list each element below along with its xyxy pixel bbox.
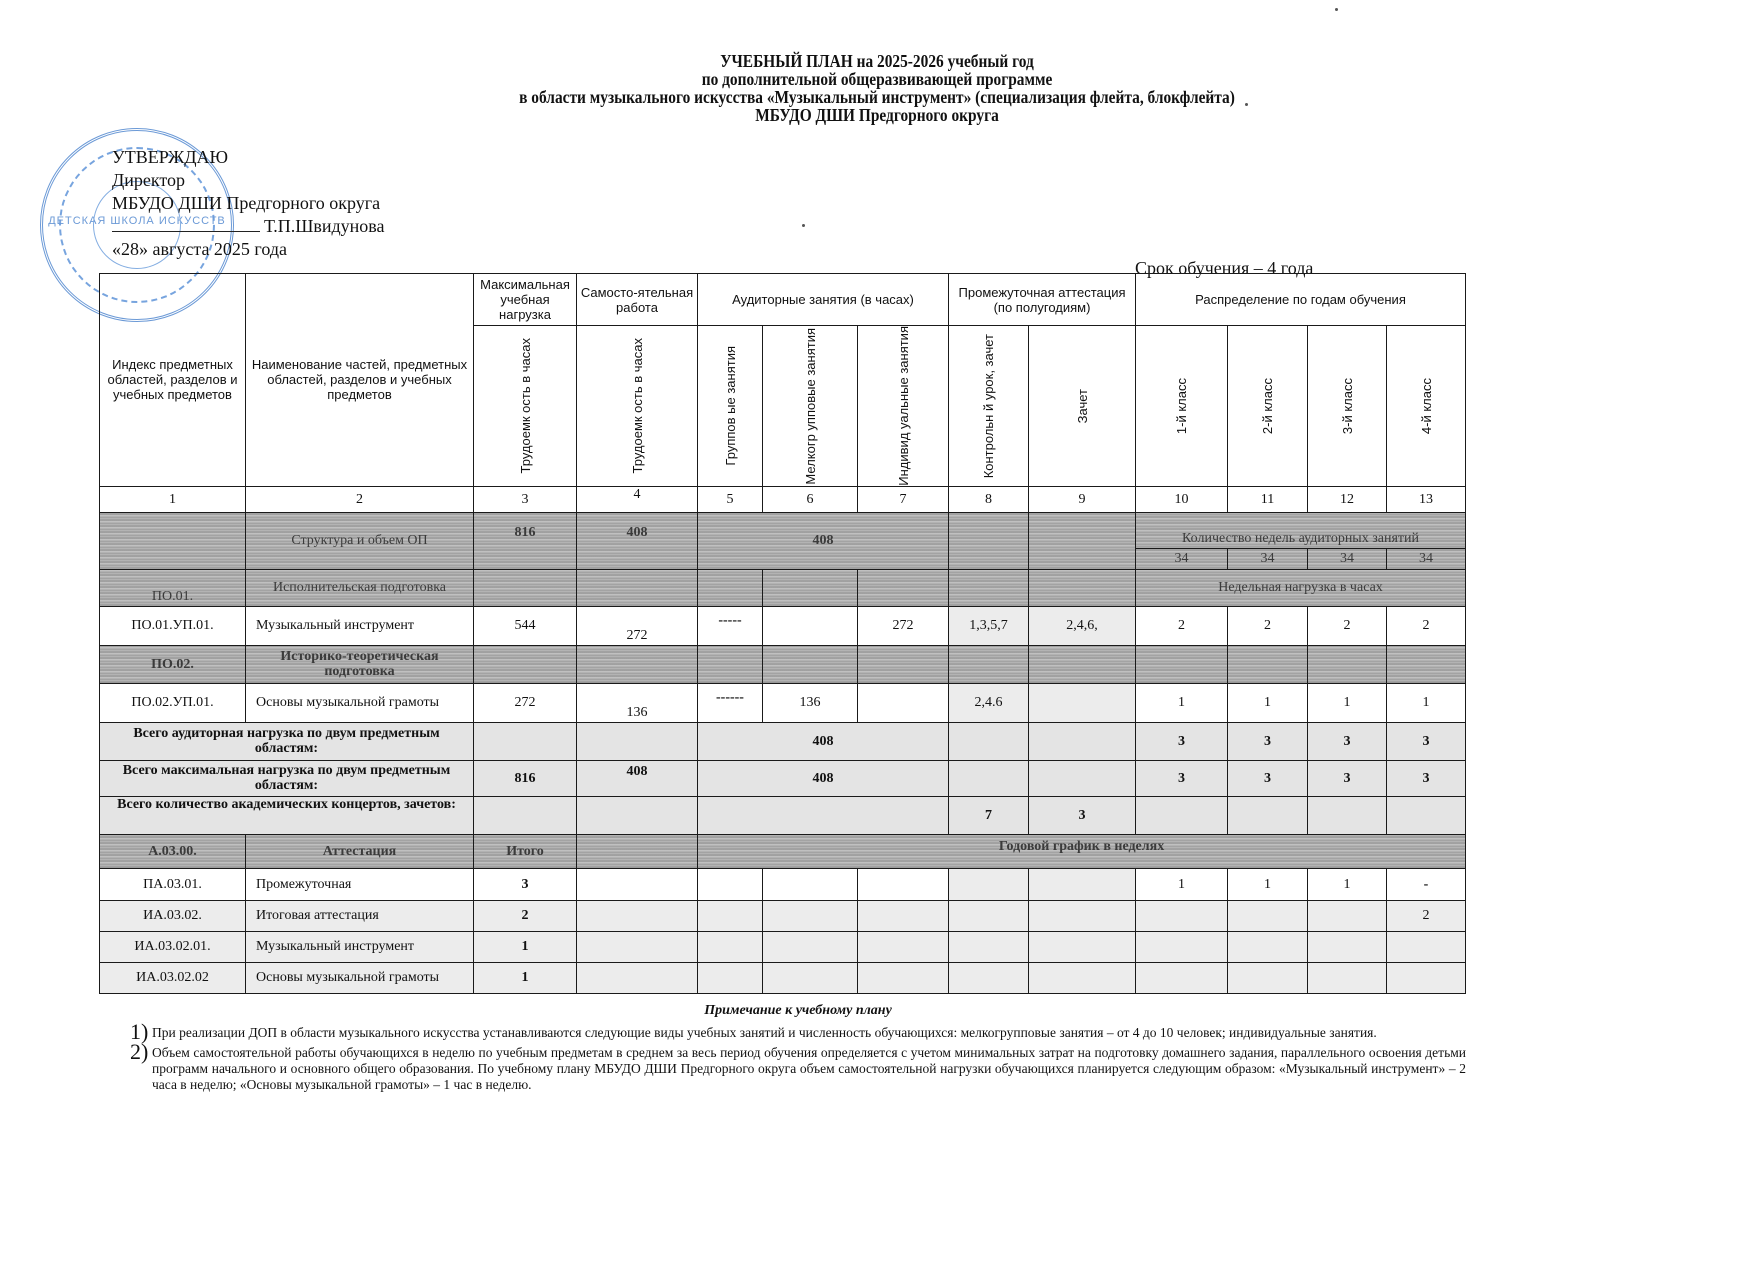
approval-signature-line: Т.П.Швидунова xyxy=(112,215,385,238)
attestation-year-4: - xyxy=(1387,868,1466,900)
header-small-group: Мелкогр упповые занятия xyxy=(763,326,858,487)
col-num: 5 xyxy=(698,486,763,512)
subject-self: 272 xyxy=(577,606,698,645)
structure-name: Структура и объем ОП xyxy=(246,512,474,569)
total-classroom-label: Всего аудиторная нагрузка по двум предме… xyxy=(100,722,474,760)
col-num: 10 xyxy=(1136,486,1228,512)
section-name: Исполнительская подготовка xyxy=(246,569,474,606)
total-concerts-label: Всего количество академических концертов… xyxy=(100,796,474,834)
weeks-class-4: 34 xyxy=(1387,548,1466,569)
section-index: ПО.02. xyxy=(100,645,246,683)
document-title: УЧЕБНЫЙ ПЛАН на 2025-2026 учебный год по… xyxy=(105,52,1649,124)
col-num: 7 xyxy=(858,486,949,512)
header-individual: Индивид уальные занятия xyxy=(858,326,949,487)
structure-control xyxy=(949,512,1029,569)
subject-individual: 272 xyxy=(858,606,949,645)
total-classroom-hours: 408 xyxy=(698,722,949,760)
attestation-row: ПА.03.01. Промежуточная 3 1 1 1 - xyxy=(100,868,1466,900)
weeks-label: Количество недель аудиторных занятий xyxy=(1136,512,1466,548)
total-concerts-credit: 3 xyxy=(1029,796,1136,834)
col-num: 9 xyxy=(1029,486,1136,512)
attestation-year-4: 2 xyxy=(1387,900,1466,931)
notes-title: Примечание к учебному плану xyxy=(130,1003,1466,1019)
attestation-name: Аттестация xyxy=(246,834,474,868)
attestation-row-name: Итоговая аттестация xyxy=(246,900,474,931)
subject-year-1: 2 xyxy=(1136,606,1228,645)
subject-year-4: 2 xyxy=(1387,606,1466,645)
title-line-4: МБУДО ДШИ Предгорного округа xyxy=(105,106,1649,124)
subject-group: ----- xyxy=(698,606,763,645)
subject-year-3: 2 xyxy=(1308,606,1387,645)
total-concerts-control: 7 xyxy=(949,796,1029,834)
approval-heading: УТВЕРЖДАЮ xyxy=(112,146,385,169)
col-num: 8 xyxy=(949,486,1029,512)
total-max-year-3: 3 xyxy=(1308,760,1387,796)
header-credit: Зачет xyxy=(1029,326,1136,487)
col-num: 2 xyxy=(246,486,474,512)
attestation-year-2 xyxy=(1228,931,1308,962)
total-classroom-row: Всего аудиторная нагрузка по двум предме… xyxy=(100,722,1466,760)
structure-max: 816 xyxy=(474,512,577,569)
scan-speck xyxy=(802,224,805,227)
col-num: 4 xyxy=(577,486,698,512)
header-max-load: Максимальная учебная нагрузка xyxy=(474,274,577,326)
col-num: 11 xyxy=(1228,486,1308,512)
subject-max: 544 xyxy=(474,606,577,645)
header-interim: Промежуточная аттестация (по полугодиям) xyxy=(949,274,1136,326)
header-self-work: Самосто-ятельная работа xyxy=(577,274,698,326)
subject-year-2: 2 xyxy=(1228,606,1308,645)
attestation-year-2 xyxy=(1228,962,1308,993)
attestation-header-row: А.03.00. Аттестация Итого Годовой график… xyxy=(100,834,1466,868)
attestation-row-total: 1 xyxy=(474,962,577,993)
attestation-year-3 xyxy=(1308,931,1387,962)
subject-control: 2,4.6 xyxy=(949,683,1029,722)
header-class-4: 4-й класс xyxy=(1387,326,1466,487)
total-max-label: Всего максимальная нагрузка по двум пред… xyxy=(100,760,474,796)
section-name: Историко-теоретическая подготовка xyxy=(246,645,474,683)
scan-speck xyxy=(1245,103,1248,106)
subject-group: ------ xyxy=(698,683,763,722)
col-num: 1 xyxy=(100,486,246,512)
subject-year-1: 1 xyxy=(1136,683,1228,722)
header-group: Группов ые занятия xyxy=(698,326,763,487)
attestation-year-2 xyxy=(1228,900,1308,931)
subject-index: ПО.01.УП.01. xyxy=(100,606,246,645)
annual-schedule-label: Годовой график в неделях xyxy=(698,834,1466,868)
col-num: 13 xyxy=(1387,486,1466,512)
total-max-year-2: 3 xyxy=(1228,760,1308,796)
section-row-1: ПО.01. Исполнительская подготовка Недель… xyxy=(100,569,1466,606)
note-item: 2) Объем самостоятельной работы обучающи… xyxy=(130,1045,1466,1093)
col-num: 6 xyxy=(763,486,858,512)
header-hours-self: Трудоемк ость в часах xyxy=(577,326,698,487)
structure-classroom: 408 xyxy=(698,512,949,569)
attestation-row-name: Музыкальный инструмент xyxy=(246,931,474,962)
attestation-year-1: 1 xyxy=(1136,868,1228,900)
total-classroom-year-1: 3 xyxy=(1136,722,1228,760)
attestation-row: ИА.03.02.01. Музыкальный инструмент 1 xyxy=(100,931,1466,962)
attestation-row-index: ИА.03.02.02 xyxy=(100,962,246,993)
structure-self: 408 xyxy=(577,512,698,569)
approval-date: «28» августа 2025 года xyxy=(112,238,385,261)
attestation-year-1 xyxy=(1136,931,1228,962)
attestation-row-index: ПА.03.01. xyxy=(100,868,246,900)
total-max-year-4: 3 xyxy=(1387,760,1466,796)
subject-name: Основы музыкальной грамоты xyxy=(246,683,474,722)
attestation-year-1 xyxy=(1136,962,1228,993)
weeks-class-3: 34 xyxy=(1308,548,1387,569)
subject-row: ПО.01.УП.01. Музыкальный инструмент 544 … xyxy=(100,606,1466,645)
column-numbers-row: 1 2 3 4 5 6 7 8 9 10 11 12 13 xyxy=(100,486,1466,512)
subject-year-3: 1 xyxy=(1308,683,1387,722)
total-classroom-year-2: 3 xyxy=(1228,722,1308,760)
title-line-1: УЧЕБНЫЙ ПЛАН на 2025-2026 учебный год xyxy=(105,52,1649,70)
attestation-year-3 xyxy=(1308,900,1387,931)
total-max-hours: 816 xyxy=(474,760,577,796)
total-max-row: Всего максимальная нагрузка по двум пред… xyxy=(100,760,1466,796)
subject-control: 1,3,5,7 xyxy=(949,606,1029,645)
header-control: Контрольн й урок, зачет xyxy=(949,326,1029,487)
weeks-class-2: 34 xyxy=(1228,548,1308,569)
title-line-2: по дополнительной общеразвивающей програ… xyxy=(105,70,1649,88)
total-classroom-year-4: 3 xyxy=(1387,722,1466,760)
header-classroom: Аудиторные занятия (в часах) xyxy=(698,274,949,326)
structure-row: Структура и объем ОП 816 408 408 Количес… xyxy=(100,512,1466,548)
approval-position: Директор xyxy=(112,169,385,192)
subject-credit: 2,4,6, xyxy=(1029,606,1136,645)
attestation-year-4 xyxy=(1387,962,1466,993)
attestation-year-1 xyxy=(1136,900,1228,931)
attestation-row-total: 3 xyxy=(474,868,577,900)
col-num: 3 xyxy=(474,486,577,512)
curriculum-table: Индекс предметных областей, разделов и у… xyxy=(99,273,1466,994)
attestation-row-index: ИА.03.02. xyxy=(100,900,246,931)
note-text: При реализации ДОП в области музыкальног… xyxy=(152,1025,1377,1040)
weeks-class-1: 34 xyxy=(1136,548,1228,569)
col-num: 12 xyxy=(1308,486,1387,512)
attestation-index: А.03.00. xyxy=(100,834,246,868)
signature-line xyxy=(112,217,260,232)
subject-individual xyxy=(858,683,949,722)
subject-self: 136 xyxy=(577,683,698,722)
header-index: Индекс предметных областей, разделов и у… xyxy=(100,274,246,487)
approval-block: УТВЕРЖДАЮ Директор МБУДО ДШИ Предгорного… xyxy=(112,146,385,261)
subject-index: ПО.02.УП.01. xyxy=(100,683,246,722)
structure-credit xyxy=(1029,512,1136,569)
section-index: ПО.01. xyxy=(100,569,246,606)
header-class-1: 1-й класс xyxy=(1136,326,1228,487)
attestation-year-4 xyxy=(1387,931,1466,962)
total-max-year-1: 3 xyxy=(1136,760,1228,796)
attestation-row-name: Промежуточная xyxy=(246,868,474,900)
note-text: Объем самостоятельной работы обучающихся… xyxy=(152,1045,1466,1092)
signatory-name: Т.П.Швидунова xyxy=(264,216,385,236)
header-row-1: Индекс предметных областей, разделов и у… xyxy=(100,274,1466,326)
header-hours-max: Трудоемк ость в часах xyxy=(474,326,577,487)
structure-index xyxy=(100,512,246,569)
total-self-hours: 408 xyxy=(577,760,698,796)
header-class-3: 3-й класс xyxy=(1308,326,1387,487)
attestation-year-2: 1 xyxy=(1228,868,1308,900)
scan-speck xyxy=(1335,8,1338,11)
total-concerts-row: Всего количество академических концертов… xyxy=(100,796,1466,834)
attestation-row-index: ИА.03.02.01. xyxy=(100,931,246,962)
attestation-row-total: 2 xyxy=(474,900,577,931)
header-class-2: 2-й класс xyxy=(1228,326,1308,487)
subject-name: Музыкальный инструмент xyxy=(246,606,474,645)
section-row-2: ПО.02. Историко-теоретическая подготовка xyxy=(100,645,1466,683)
attestation-year-3 xyxy=(1308,962,1387,993)
header-name: Наименование частей, предметных областей… xyxy=(246,274,474,487)
note-number: 2) xyxy=(130,1041,148,1063)
attestation-row: ИА.03.02. Итоговая аттестация 2 2 xyxy=(100,900,1466,931)
subject-row: ПО.02.УП.01. Основы музыкальной грамоты … xyxy=(100,683,1466,722)
attestation-year-3: 1 xyxy=(1308,868,1387,900)
subject-credit xyxy=(1029,683,1136,722)
attestation-row-total: 1 xyxy=(474,931,577,962)
subject-small-group xyxy=(763,606,858,645)
subject-year-2: 1 xyxy=(1228,683,1308,722)
note-item: 1) При реализации ДОП в области музыкаль… xyxy=(130,1025,1466,1041)
subject-small-group: 136 xyxy=(763,683,858,722)
attestation-row-name: Основы музыкальной грамоты xyxy=(246,962,474,993)
subject-max: 272 xyxy=(474,683,577,722)
title-line-3: в области музыкального искусства «Музыка… xyxy=(105,88,1649,106)
total-classroom-year-3: 3 xyxy=(1308,722,1387,760)
weekly-load-label: Недельная нагрузка в часах xyxy=(1136,569,1466,606)
attestation-total: Итого xyxy=(474,834,577,868)
approval-organization: МБУДО ДШИ Предгорного округа xyxy=(112,192,385,215)
notes-section: Примечание к учебному плану 1) При реали… xyxy=(130,1003,1466,1097)
attestation-row: ИА.03.02.02 Основы музыкальной грамоты 1 xyxy=(100,962,1466,993)
total-max-classroom: 408 xyxy=(698,760,949,796)
subject-year-4: 1 xyxy=(1387,683,1466,722)
header-distribution: Распределение по годам обучения xyxy=(1136,274,1466,326)
